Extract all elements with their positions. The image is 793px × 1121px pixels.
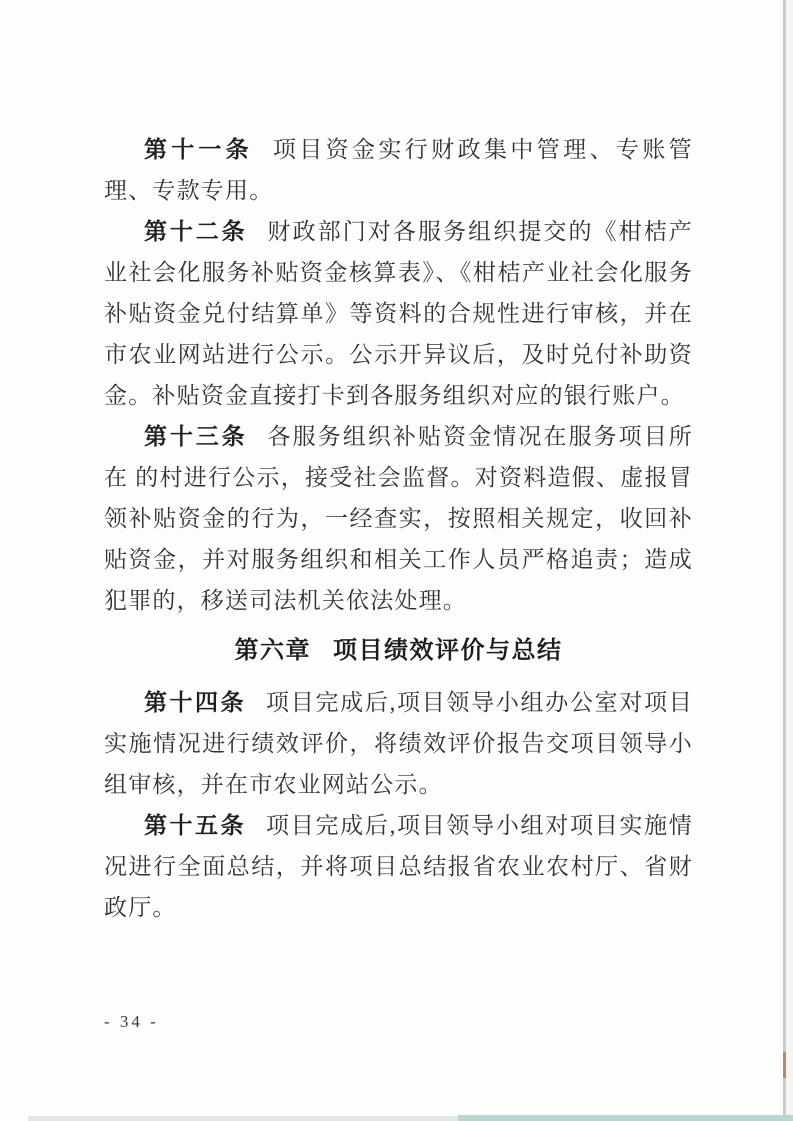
scan-right-margin	[786, 0, 793, 1121]
scanned-document-page: 第十一条项目资金实行财政集中管理、专账管理、专款专用。 第十二条财政部门对各服务…	[0, 0, 793, 1121]
chapter-title: 项目绩效评价与总结	[333, 637, 563, 664]
scan-edge-line-right	[783, 0, 786, 1121]
scan-edge-strip-bottom-gray	[28, 1116, 458, 1121]
article-14-term: 第十四条	[144, 689, 246, 715]
article-13-paragraph: 第十三条各服务组织补贴资金情况在服务项目所在 的村进行公示，接受社会监督。对资料…	[104, 416, 693, 621]
article-12-paragraph: 第十二条财政部门对各服务组织提交的《柑桔产业社会化服务补贴资金核算表》、《柑桔产…	[104, 211, 693, 416]
article-13-text: 各服务组织补贴资金情况在服务项目所在 的村进行公示，接受社会监督。对资料造假、虚…	[104, 424, 693, 613]
page-number: - 34 -	[104, 1012, 159, 1032]
document-body: 第十一条项目资金实行财政集中管理、专账管理、专款专用。 第十二条财政部门对各服务…	[104, 129, 693, 928]
article-12-text: 财政部门对各服务组织提交的《柑桔产业社会化服务补贴资金核算表》、《柑桔产业社会化…	[104, 219, 693, 408]
chapter-number: 第六章	[235, 637, 312, 664]
article-11-paragraph: 第十一条项目资金实行财政集中管理、专账管理、专款专用。	[104, 129, 693, 211]
article-13-term: 第十三条	[144, 423, 248, 449]
article-14-paragraph: 第十四条项目完成后,项目领导小组办公室对项目实施情况进行绩效评价，将绩效评价报告…	[104, 682, 693, 805]
chapter-6-heading: 第六章项目绩效评价与总结	[104, 630, 693, 671]
scan-edge-line-tint	[783, 1052, 786, 1078]
scan-edge-strip-bottom-teal	[458, 1115, 793, 1121]
article-15-paragraph: 第十五条项目完成后,项目领导小组对项目实施情况进行全面总结，并将项目总结报省农业…	[104, 805, 693, 928]
article-15-term: 第十五条	[144, 812, 246, 838]
article-12-term: 第十二条	[144, 218, 248, 244]
article-11-term: 第十一条	[144, 136, 253, 162]
